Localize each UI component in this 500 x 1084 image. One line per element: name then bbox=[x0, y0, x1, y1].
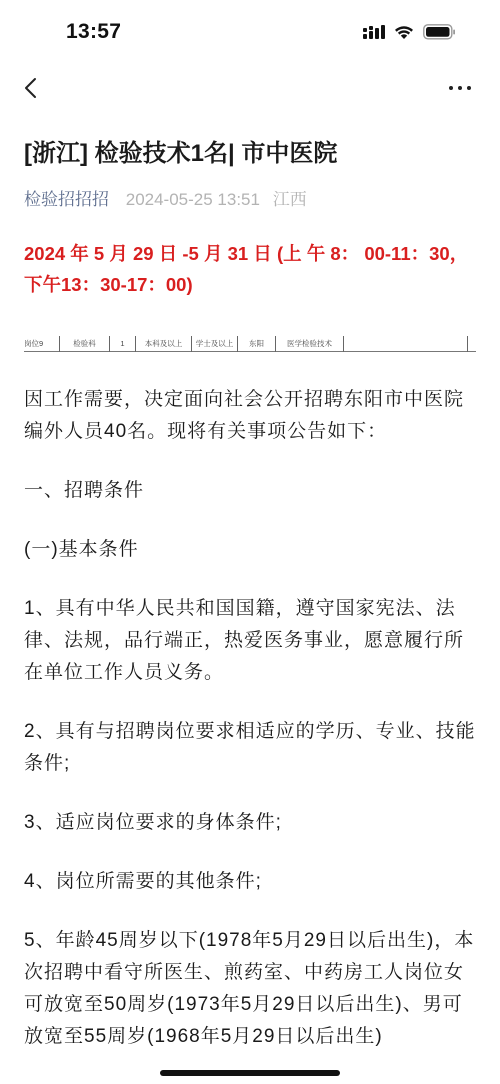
wifi-icon bbox=[394, 25, 414, 45]
condition-item: 5、年龄45周岁以下(1978年5月29日以后出生)，本次招聘中看守所医生、煎药… bbox=[24, 925, 476, 1053]
condition-item: 1、具有中华人民共和国国籍，遵守国家宪法、法律、法规，品行端正，热爱医务事业，愿… bbox=[24, 593, 476, 689]
home-indicator[interactable] bbox=[160, 1070, 340, 1076]
more-horizontal-icon bbox=[446, 76, 474, 100]
table-cell bbox=[344, 336, 468, 352]
section-heading: 一、招聘条件 bbox=[24, 475, 476, 507]
table-cell: 检验科 bbox=[60, 336, 110, 352]
status-bar: 13:57 bbox=[0, 0, 500, 66]
article-title: [浙江] 检验技术1名| 市中医院 bbox=[24, 132, 476, 176]
signal-icon bbox=[363, 24, 385, 45]
publish-time: 2024-05-25 13:51 bbox=[126, 190, 260, 209]
table-cell: 医学检验技术 bbox=[276, 336, 344, 352]
location-tag: 江西 bbox=[273, 190, 307, 209]
article-body: 因工作需要，决定面向社会公开招聘东阳市中医院编外人员40名。现将有关事项公告如下… bbox=[24, 384, 476, 1053]
table-cell: 学士及以上 bbox=[192, 336, 238, 352]
subsection-heading: (一)基本条件 bbox=[24, 534, 476, 566]
status-icons bbox=[363, 24, 456, 45]
status-time: 13:57 bbox=[66, 20, 121, 44]
table-cell: 岗位9 bbox=[24, 336, 60, 352]
condition-item: 2、具有与招聘岗位要求相适应的学历、专业、技能条件; bbox=[24, 716, 476, 780]
schedule-highlight: 2024 年 5 月 29 日 -5 月 31 日 (上 午 8： 00-11：… bbox=[24, 238, 476, 300]
battery-icon bbox=[423, 24, 456, 45]
condition-item: 4、岗位所需要的其他条件; bbox=[24, 866, 476, 898]
table-cell: 本科及以上 bbox=[136, 336, 192, 352]
article: [浙江] 检验技术1名| 市中医院 检验招招招 2024-05-25 13:51… bbox=[24, 132, 476, 1080]
table-cell: 1 bbox=[110, 336, 136, 352]
table-cell: 东阳 bbox=[238, 336, 276, 352]
chevron-left-icon bbox=[18, 74, 46, 102]
condition-item: 3、适应岗位要求的身体条件; bbox=[24, 807, 476, 839]
paragraph-intro: 因工作需要，决定面向社会公开招聘东阳市中医院编外人员40名。现将有关事项公告如下… bbox=[24, 384, 476, 448]
author-link[interactable]: 检验招招招 bbox=[24, 190, 109, 209]
nav-bar bbox=[0, 66, 500, 110]
more-button[interactable] bbox=[446, 76, 474, 100]
position-table-image: 岗位9 检验科 1 本科及以上 学士及以上 东阳 医学检验技术 bbox=[24, 336, 476, 358]
back-button[interactable] bbox=[18, 74, 46, 102]
table-row: 岗位9 检验科 1 本科及以上 学士及以上 东阳 医学检验技术 bbox=[24, 336, 476, 352]
article-meta: 检验招招招 2024-05-25 13:51 江西 bbox=[24, 188, 476, 212]
